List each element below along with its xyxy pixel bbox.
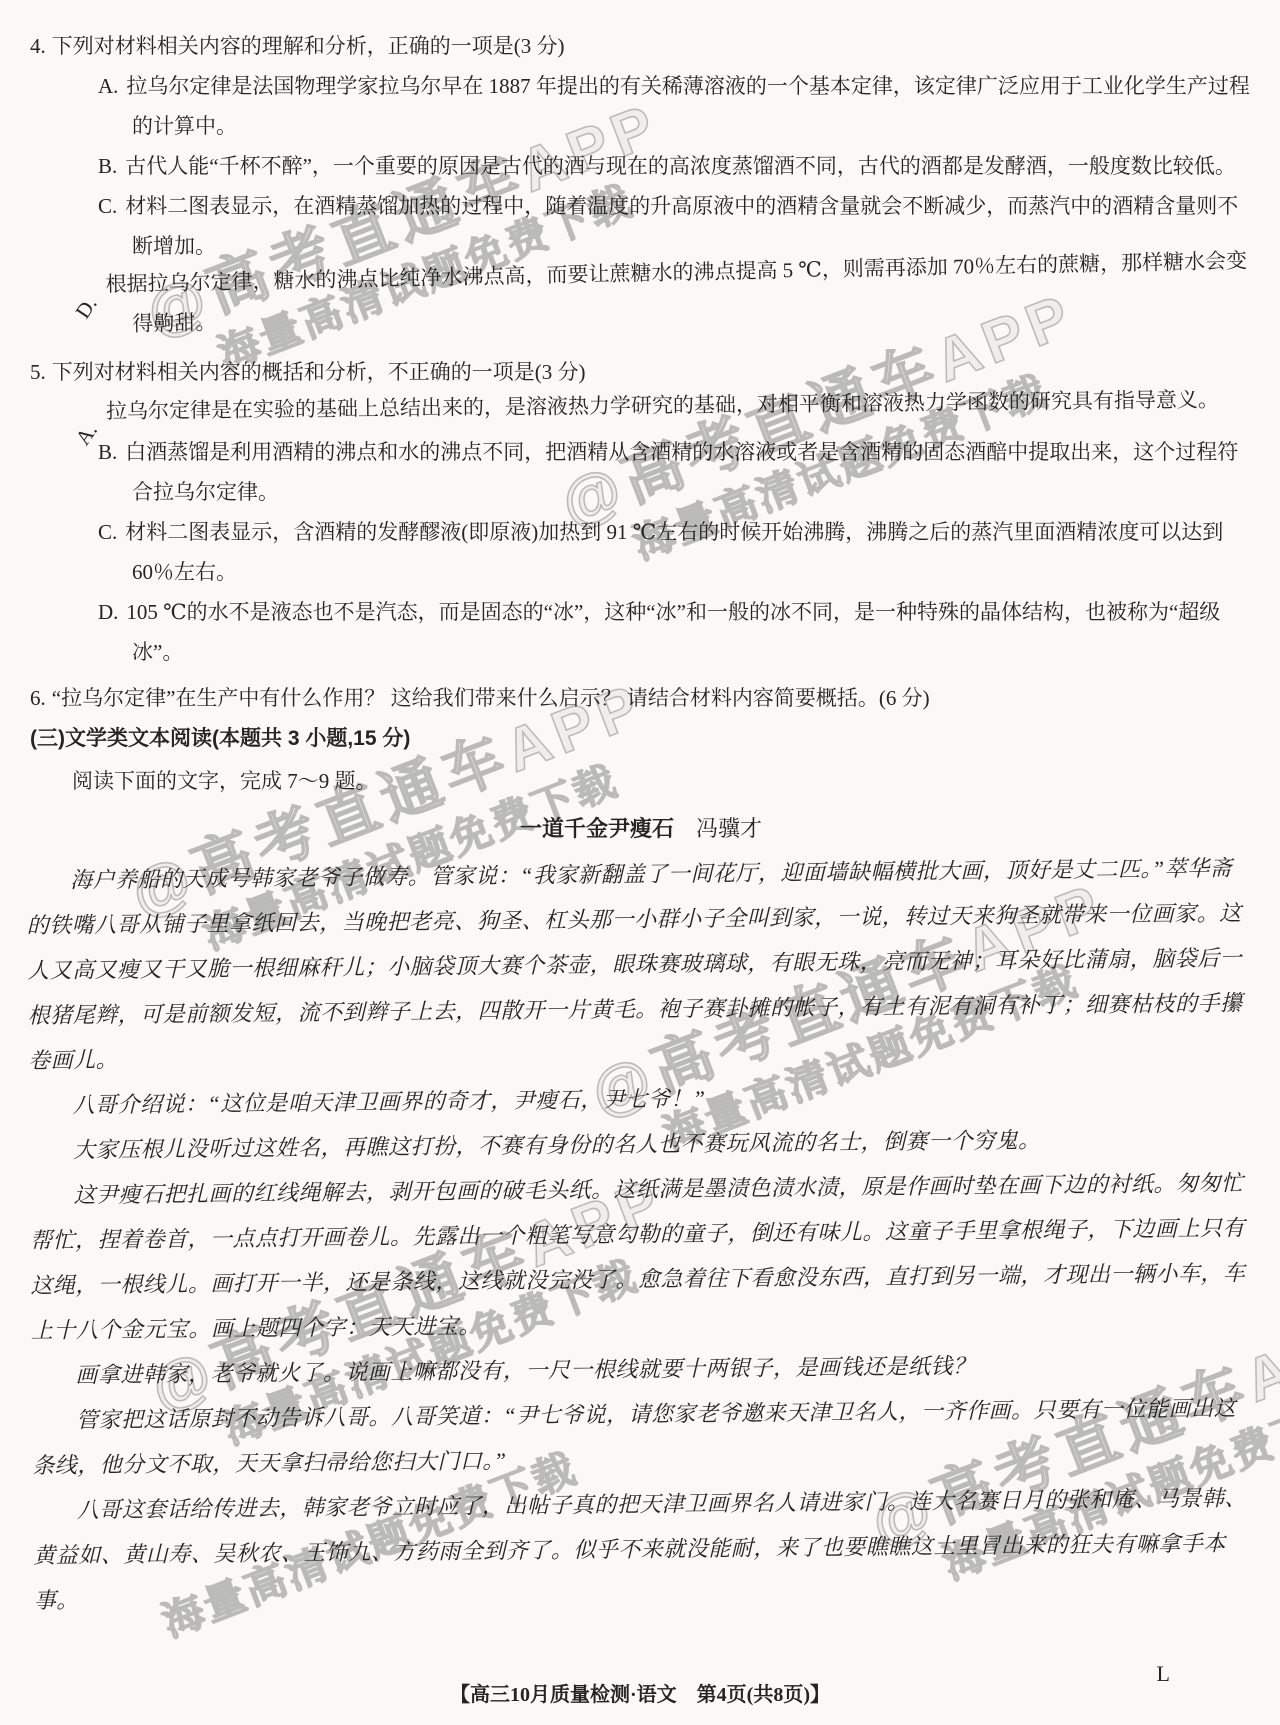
option-text: 105 ℃的水不是液态也不是汽态，而是固态的“冰”，这种“冰”和一般的冰不同，是… — [126, 600, 1220, 664]
passage-paragraph: 八哥这套话给传进去，韩家老爷立时应了，出帖子真的把天津卫画界名人请进家门。连大名… — [33, 1475, 1256, 1623]
question-5-stem-text: 下列对材料相关内容的概括和分析，不正确的一项是(3 分) — [52, 360, 586, 384]
option-text: 根据拉乌尔定律，糖水的沸点比纯净水沸点高，而要让蔗糖水的沸点提高 5 ℃，则需再… — [105, 249, 1247, 336]
question-4-stem-text: 下列对材料相关内容的理解和分析，正确的一项是(3 分) — [52, 34, 565, 58]
question-4-number: 4. — [30, 34, 52, 58]
exam-paper-page: @高考直通车APP 海量高清试题免费下载 @高考直通车APP 海量高清试题免费下… — [0, 0, 1280, 1725]
question-4-stem: 4.下列对材料相关内容的理解和分析，正确的一项是(3 分) — [30, 26, 1252, 66]
option-label: C. — [98, 194, 125, 218]
passage-paragraph: 管家把这话原封不动告诉八哥。八哥笑道：“尹七爷说，请您家老爷邀来天津卫名人，一齐… — [32, 1385, 1255, 1488]
option-text: 白酒蒸馏是利用酒精的沸点和水的沸点不同，把酒精从含酒精的水溶液或者是含酒精的固态… — [125, 440, 1238, 504]
footer-corner-mark: L — [1157, 1661, 1170, 1687]
section-3-heading: (三)文学类文本阅读(本题共 3 小题,15 分) — [30, 718, 1252, 760]
reading-instruction: 阅读下面的文字，完成 7～9 题。 — [30, 760, 1252, 802]
option-label: B. — [98, 440, 125, 464]
question-5: 5.下列对材料相关内容的概括和分析，不正确的一项是(3 分) A.拉乌尔定律是在… — [30, 352, 1252, 672]
option-text: 材料二图表显示，含酒精的发酵醪液(即原液)加热到 91 ℃左右的时候开始沸腾，沸… — [125, 520, 1223, 584]
option-text: 拉乌尔定律是在实验的基础上总结出来的，是溶液热力学研究的基础，对相平衡和溶液热力… — [106, 388, 1219, 424]
option-text: 古代人能“千杯不醉”，一个重要的原因是古代的酒与现在的高浓度蒸馏酒不同，古代的酒… — [125, 154, 1236, 178]
passage-paragraph: 这尹瘦石把扎画的红线绳解去，剥开包画的破毛头纸。这纸满是墨渍色渍水渍，原是作画时… — [29, 1160, 1253, 1353]
option-label: B. — [98, 154, 125, 178]
option-label: D. — [98, 600, 126, 624]
passage-paragraph: 海户养船的天成号韩家老爷子做寿。管家说：“我家新翻盖了一间花厅，迎面墙缺幅横批大… — [26, 845, 1250, 1083]
question-4-option-a: A.拉乌尔定律是法国物理学家拉乌尔早在 1887 年提出的有关稀薄溶液的一个基本… — [30, 66, 1252, 146]
question-6-stem: 6.“拉乌尔定律”在生产中有什么作用？ 这给我们带来什么启示？ 请结合材料内容简… — [30, 678, 1252, 718]
question-6: 6.“拉乌尔定律”在生产中有什么作用？ 这给我们带来什么启示？ 请结合材料内容简… — [30, 678, 1252, 718]
question-4-option-b: B.古代人能“千杯不醉”，一个重要的原因是古代的酒与现在的高浓度蒸馏酒不同，古代… — [30, 146, 1252, 186]
page-footer: 【高三10月质量检测·语文 第4页(共8页)】 — [0, 1678, 1280, 1707]
option-label: C. — [98, 520, 125, 544]
question-6-stem-text: “拉乌尔定律”在生产中有什么作用？ 这给我们带来什么启示？ 请结合材料内容简要概… — [52, 686, 930, 710]
page-content: 4.下列对材料相关内容的理解和分析，正确的一项是(3 分) A.拉乌尔定律是法国… — [0, 0, 1280, 1623]
story-title: 一道千金尹瘦石 — [520, 816, 674, 841]
question-4: 4.下列对材料相关内容的理解和分析，正确的一项是(3 分) A.拉乌尔定律是法国… — [30, 26, 1252, 346]
question-5-option-c: C.材料二图表显示，含酒精的发酵醪液(即原液)加热到 91 ℃左右的时候开始沸腾… — [30, 512, 1252, 592]
option-label: A. — [98, 74, 126, 98]
option-text: 拉乌尔定律是法国物理学家拉乌尔早在 1887 年提出的有关稀薄溶液的一个基本定律… — [126, 74, 1250, 138]
story-passage: 海户养船的天成号韩家老爷子做寿。管家说：“我家新翻盖了一间花厅，迎面墙缺幅横批大… — [26, 845, 1256, 1623]
story-author: 冯骥才 — [696, 816, 762, 841]
question-5-option-d: D.105 ℃的水不是液态也不是汽态，而是固态的“冰”，这种“冰”和一般的冰不同… — [30, 592, 1252, 672]
question-5-number: 5. — [30, 360, 52, 384]
story-title-line: 一道千金尹瘦石冯骥才 — [30, 806, 1252, 852]
question-6-number: 6. — [30, 686, 52, 710]
question-5-option-b: B.白酒蒸馏是利用酒精的沸点和水的沸点不同，把酒精从含酒精的水溶液或者是含酒精的… — [30, 432, 1252, 512]
